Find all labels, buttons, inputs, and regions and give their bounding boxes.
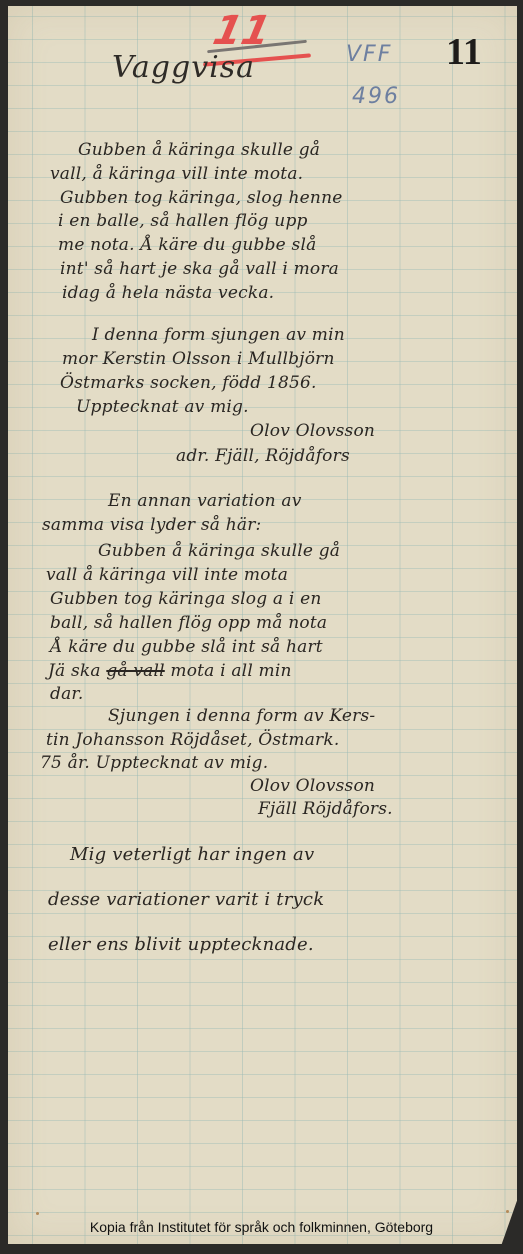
archive-number: 496 (352, 84, 400, 109)
address: adr. Fjäll, Röjdåfors (176, 445, 350, 468)
verse-line: vall, å käringa vill inte mota. (50, 163, 303, 186)
note-line: Mig veterligt har ingen av (70, 843, 314, 866)
text-after-strike: mota i all min (170, 661, 291, 681)
note-line: desse variationer varit i tryck (48, 888, 324, 911)
page-title: Vaggvisa (112, 50, 255, 85)
note-line: I denna form sjungen av min (92, 324, 345, 347)
paper-stain (506, 1210, 509, 1213)
address: Fjäll Röjdåfors. (258, 798, 393, 821)
verse-line: Å käre du gubbe slå int så hart (50, 636, 323, 659)
archive-caption: Kopia från Institutet för språk och folk… (0, 1219, 523, 1235)
note-line: Upptecknat av mig. (76, 396, 249, 419)
paper-stain (36, 1212, 39, 1215)
verse-line: dar. (50, 683, 83, 706)
struck-text: gå vall (106, 661, 164, 681)
verse-line: Gubben å käringa skulle gå (78, 139, 320, 162)
verse-line: vall å käringa vill inte mota (46, 564, 288, 587)
verse-line: Gubben tog käringa slog a i en (50, 588, 322, 611)
verse-line: me nota. Å käre du gubbe slå (58, 234, 316, 257)
verse-line: ball, så hallen flög opp må nota (50, 612, 327, 635)
verse-line-with-strikethrough: Jä ska gå vall mota i all min (48, 660, 292, 683)
signature: Olov Olovsson (250, 420, 375, 443)
signature: Olov Olovsson (250, 775, 375, 798)
note-line: 75 år. Upptecknat av mig. (40, 752, 268, 775)
note-line: eller ens blivit upptecknade. (48, 933, 314, 956)
verse-line: i en balle, så hallen flög upp (58, 210, 308, 233)
verse-line: idag å hela nästa vecka. (62, 282, 274, 305)
intro-line: En annan variation av (108, 490, 302, 513)
intro-line: samma visa lyder så här: (42, 514, 261, 537)
text-before-strike: Jä ska (48, 661, 101, 681)
note-line: tin Johansson Röjdåset, Östmark. (46, 729, 339, 752)
note-line: Sjungen i denna form av Kers- (108, 705, 375, 728)
page-number-stamp: 11 (446, 30, 482, 74)
verse-line: Gubben tog käringa, slog henne (60, 187, 342, 210)
red-pencil-number: 11 (209, 8, 274, 54)
note-line: mor Kerstin Olsson i Mullbjörn (62, 348, 335, 371)
verse-line: int' så hart je ska gå vall i mora (60, 258, 339, 281)
archive-code: VFF (346, 42, 392, 67)
scan-background: 11 Vaggvisa VFF 496 11 Gubben å käringa … (0, 0, 523, 1254)
note-line: Östmarks socken, född 1856. (60, 372, 317, 395)
verse-line: Gubben å käringa skulle gå (98, 540, 340, 563)
